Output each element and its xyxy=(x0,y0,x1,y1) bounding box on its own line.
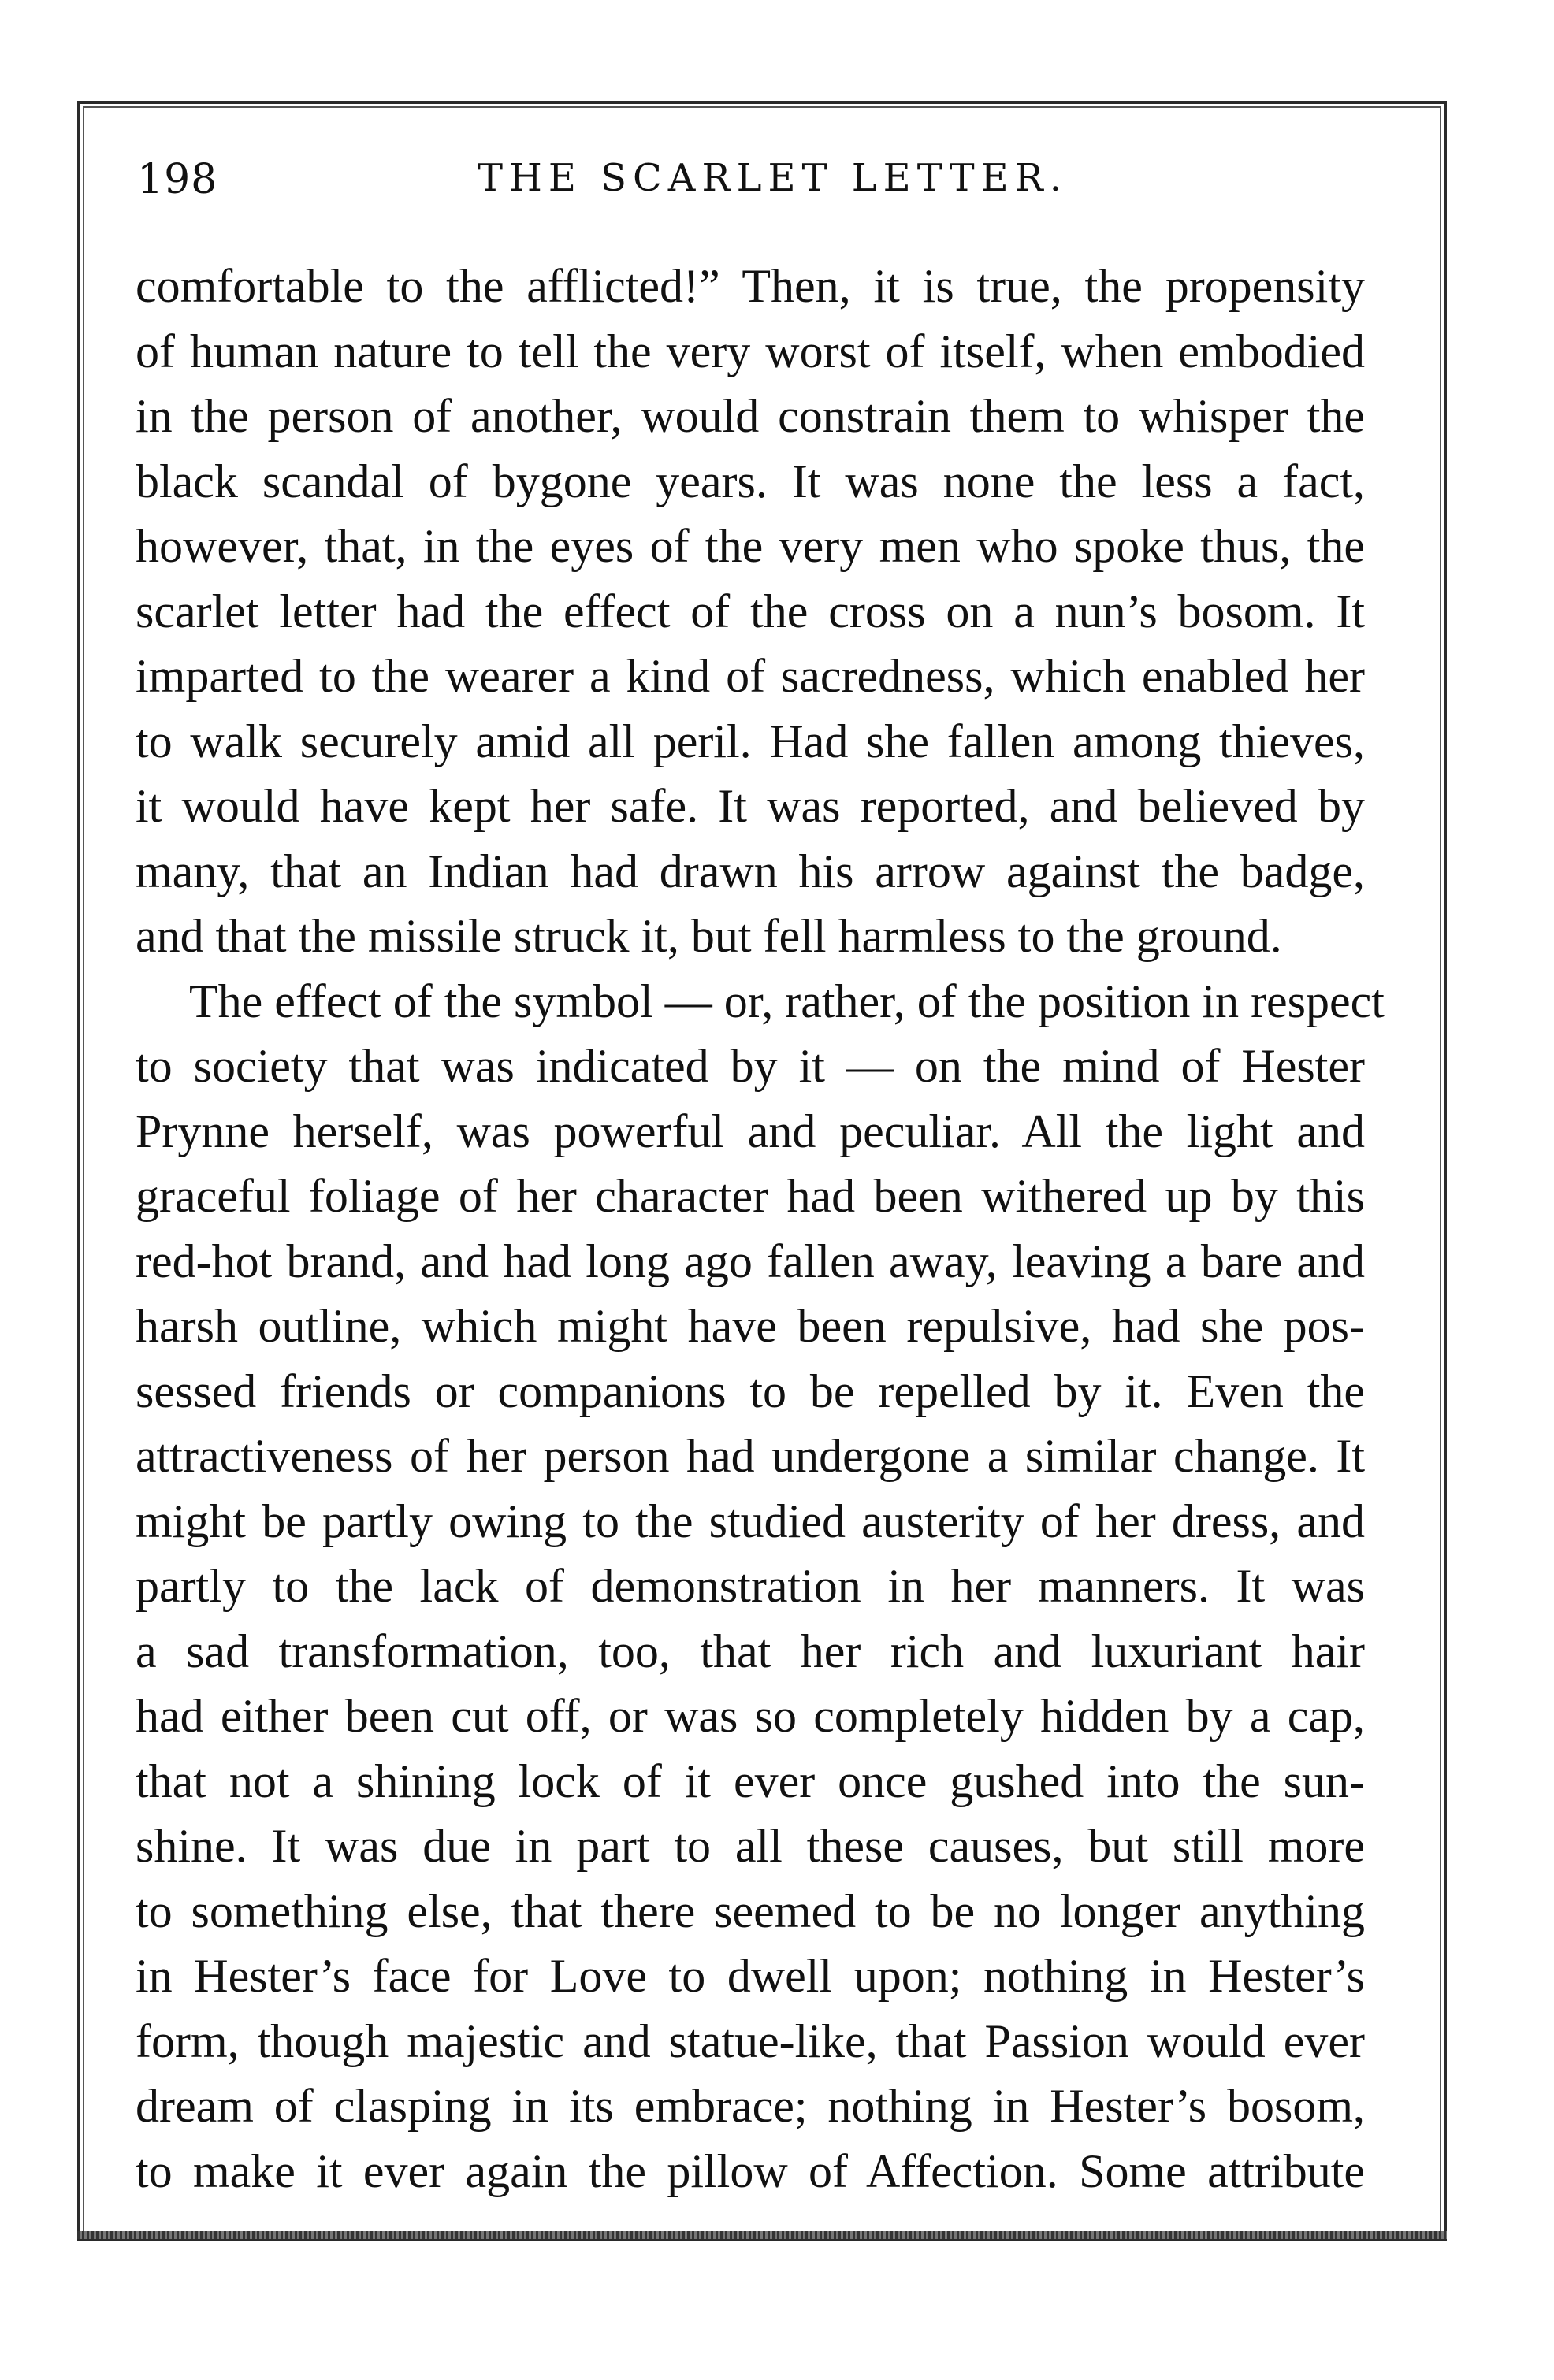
text-line: to society that was indicated by it — on… xyxy=(136,1034,1365,1099)
text-line: many, that an Indian had drawn his arrow… xyxy=(136,839,1365,904)
text-line: of human nature to tell the very worst o… xyxy=(136,319,1365,384)
text-line: attractiveness of her person had undergo… xyxy=(136,1424,1365,1489)
text-line: partly to the lack of demonstration in h… xyxy=(136,1554,1365,1619)
text-line: to make it ever again the pillow of Affe… xyxy=(136,2139,1365,2204)
text-line: The effect of the symbol — or, rather, o… xyxy=(136,969,1365,1034)
text-line: had either been cut off, or was so compl… xyxy=(136,1684,1365,1749)
text-line: black scandal of bygone years. It was no… xyxy=(136,449,1365,514)
text-line: form, though majestic and statue-like, t… xyxy=(136,2009,1365,2074)
text-line: might be partly owing to the studied aus… xyxy=(136,1489,1365,1554)
page-header: 198 THE SCARLET LETTER. xyxy=(137,156,1398,219)
text-line: imparted to the wearer a kind of sacredn… xyxy=(136,644,1365,709)
text-line: however, that, in the eyes of the very m… xyxy=(136,514,1365,579)
text-line: in Hester’s face for Love to dwell upon;… xyxy=(136,1944,1365,2009)
paragraph-2: The effect of the symbol — or, rather, o… xyxy=(136,969,1365,2204)
text-line: harsh outline, which might have been rep… xyxy=(136,1294,1365,1359)
page-border-bottom-edge xyxy=(77,2231,1447,2239)
text-line: that not a shining lock of it ever once … xyxy=(136,1749,1365,1814)
text-line: it would have kept her safe. It was repo… xyxy=(136,774,1365,839)
text-line: in the person of another, would constrai… xyxy=(136,384,1365,449)
text-line: scarlet letter had the effect of the cro… xyxy=(136,579,1365,644)
body-text: comfortable to the afflicted!” Then, it … xyxy=(136,254,1365,2204)
text-line: shine. It was due in part to all these c… xyxy=(136,1814,1365,1879)
text-line: a sad transformation, too, that her rich… xyxy=(136,1619,1365,1684)
text-line: and that the missile struck it, but fell… xyxy=(136,904,1365,969)
text-line: dream of clasping in its embrace; nothin… xyxy=(136,2074,1365,2139)
text-line: Prynne herself, was powerful and peculia… xyxy=(136,1099,1365,1164)
paragraph-1: comfortable to the afflicted!” Then, it … xyxy=(136,254,1365,969)
page-number: 198 xyxy=(137,156,217,203)
text-line: to something else, that there seemed to … xyxy=(136,1879,1365,1944)
text-line: sessed friends or companions to be repel… xyxy=(136,1359,1365,1424)
text-line: to walk securely amid all peril. Had she… xyxy=(136,709,1365,774)
text-line: comfortable to the afflicted!” Then, it … xyxy=(136,254,1365,319)
text-line: red-hot brand, and had long ago fallen a… xyxy=(136,1229,1365,1294)
text-line: graceful foliage of her character had be… xyxy=(136,1164,1365,1229)
running-title: THE SCARLET LETTER. xyxy=(478,156,1068,200)
